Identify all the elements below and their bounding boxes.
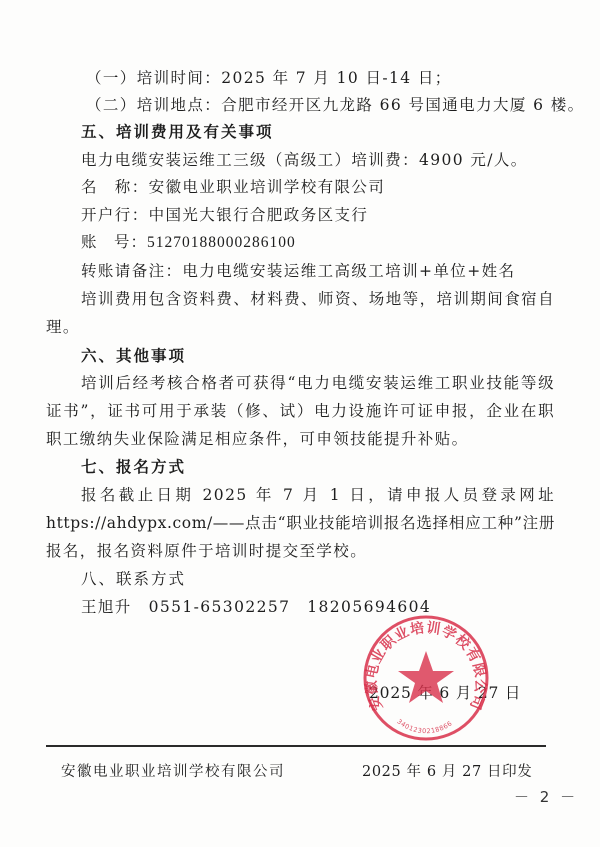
section-5-heading: 五、培训费用及有关事项 — [81, 122, 274, 142]
other-matters-line-1: 培训后经考核合格者可获得“电力电缆安装运维工职业技能等级 — [81, 373, 555, 393]
footer-org: 安徽电业职业培训学校有限公司 — [61, 760, 285, 781]
registration-url-line[interactable]: https://ahdypx.com/——点击“职业技能培训报名选择相应工种”注… — [46, 513, 555, 533]
footer-divider — [46, 745, 546, 747]
account-number: 账 号：51270188000286100 — [81, 233, 296, 253]
bleed-through-text — [150, 318, 474, 341]
transfer-note: 转账请备注：电力电缆安装运维工高级工培训+单位+姓名 — [81, 261, 515, 281]
section-8-heading: 八、联系方式 — [81, 569, 186, 589]
bank-name: 开户行：中国光大银行合肥政务区支行 — [81, 205, 368, 225]
section-6-heading: 六、其他事项 — [81, 346, 186, 366]
fee-note: 培训费用包含资料费、材料费、师资、场地等，培训期间食宿自 — [81, 289, 555, 309]
company-seal-icon: 安徽电业职业培训学校有限公司 3401230218866 — [361, 613, 491, 743]
training-fee: 电力电缆安装运维工三级（高级工）培训费：4900 元/人。 — [81, 150, 528, 170]
account-name: 名 称：安徽电业职业培训学校有限公司 — [81, 177, 385, 197]
page-number: － 2 － — [514, 786, 578, 807]
training-time: （一）培训时间：2025 年 7 月 10 日-14 日； — [86, 68, 452, 88]
svg-text:3401230218866: 3401230218866 — [395, 717, 453, 735]
seal-code-text: 3401230218866 — [395, 717, 453, 735]
registration-line-3: 报名，报名资料原件于培训时提交至学校。 — [46, 541, 367, 561]
section-7-heading: 七、报名方式 — [81, 457, 186, 477]
footer-issue-date: 2025 年 6 月 27 日印发 — [362, 760, 532, 781]
registration-line-1: 报名截止日期 2025 年 7 月 1 日，请申报人员登录网址 — [81, 485, 555, 505]
training-location: （二）培训地点：合肥市经开区九龙路 66 号国通电力大厦 6 楼。 — [86, 95, 585, 115]
other-matters-line-3: 职工缴纳失业保险满足相应条件，可申领技能提升补贴。 — [46, 429, 469, 449]
fee-note-continued: 理。 — [46, 317, 80, 337]
other-matters-line-2: 证书”，证书可用于承装（修、试）电力设施许可证申报，企业在职 — [46, 401, 555, 421]
document-page: （一）培训时间：2025 年 7 月 10 日-14 日； （二）培训地点：合肥… — [0, 0, 600, 847]
